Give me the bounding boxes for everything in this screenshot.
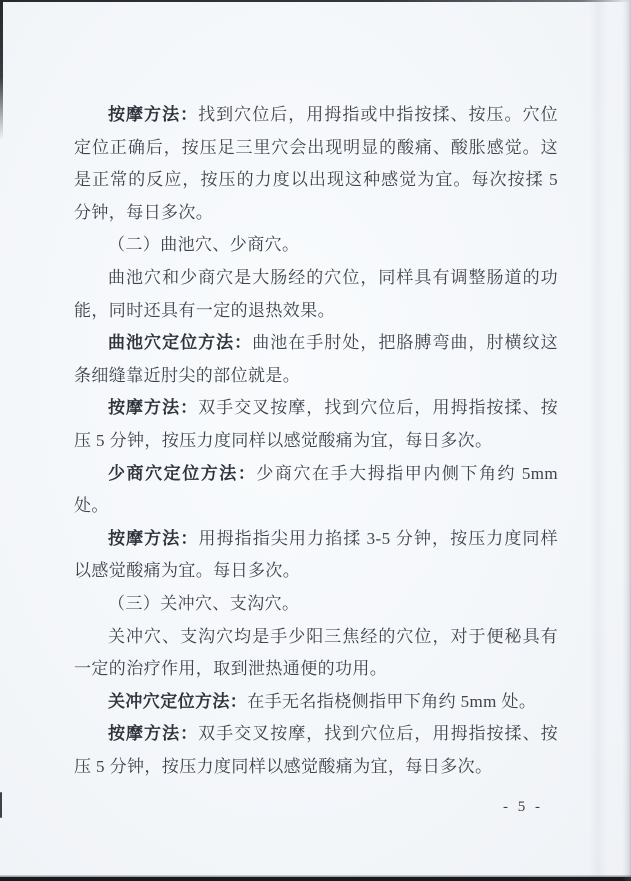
paragraph-lead: 按摩方法： <box>108 398 198 417</box>
paragraph-text: 曲池穴和少商穴是大肠经的穴位，同样具有调整肠道的功能，同时还具有一定的退热效果。 <box>74 268 558 320</box>
paragraph: （二）曲池穴、少商穴。 <box>74 229 558 262</box>
document-body: 按摩方法：找到穴位后，用拇指或中指按揉、按压。穴位定位正确后，按压足三里穴会出现… <box>74 99 558 783</box>
scanned-document-page: 按摩方法：找到穴位后，用拇指或中指按揉、按压。穴位定位正确后，按压足三里穴会出现… <box>0 0 631 881</box>
paragraph: 按摩方法：找到穴位后，用拇指或中指按揉、按压。穴位定位正确后，按压足三里穴会出现… <box>74 99 558 229</box>
page-footer: - 5 - <box>503 799 543 816</box>
paragraph-lead: 按摩方法： <box>108 529 198 548</box>
paragraph: 少商穴定位方法：少商穴在手大拇指甲内侧下角约 5mm 处。 <box>74 458 558 523</box>
paragraph-text: （二）曲池穴、少商穴。 <box>108 235 299 254</box>
paragraph: 按摩方法：双手交叉按摩，找到穴位后，用拇指按揉、按压 5 分钟，按压力度同样以感… <box>74 718 558 783</box>
paragraph: 关冲穴定位方法：在手无名指桡侧指甲下角约 5mm 处。 <box>74 686 558 719</box>
paragraph: 关冲穴、支沟穴均是手少阳三焦经的穴位，对于便秘具有一定的治疗作用，取到泄热通便的… <box>74 621 558 686</box>
paragraph-lead: 少商穴定位方法： <box>108 464 256 483</box>
paragraph-lead: 按摩方法： <box>108 724 198 743</box>
paragraph-lead: 曲池穴定位方法： <box>108 333 252 352</box>
paragraph: 按摩方法：用拇指指尖用力掐揉 3-5 分钟，按压力度同样以感觉酸痛为宜。每日多次… <box>74 523 558 588</box>
scan-edge-right <box>622 0 631 881</box>
paragraph: （三）关冲穴、支沟穴。 <box>74 588 558 621</box>
scan-edge-left <box>0 0 3 140</box>
scan-edge-bottom <box>0 875 631 881</box>
page-fold-shading <box>589 0 607 881</box>
paragraph-lead: 关冲穴定位方法： <box>108 692 247 711</box>
scan-edge-top <box>0 0 631 2</box>
paragraph-lead: 按摩方法： <box>108 105 198 124</box>
paragraph: 按摩方法：双手交叉按摩，找到穴位后，用拇指按揉、按压 5 分钟，按压力度同样以感… <box>74 392 558 457</box>
paragraph-text: 关冲穴、支沟穴均是手少阳三焦经的穴位，对于便秘具有一定的治疗作用，取到泄热通便的… <box>74 627 558 679</box>
paragraph: 曲池穴定位方法：曲池在手肘处，把胳膊弯曲，肘横纹这条细缝靠近肘尖的部位就是。 <box>74 327 558 392</box>
paragraph: 曲池穴和少商穴是大肠经的穴位，同样具有调整肠道的功能，同时还具有一定的退热效果。 <box>74 262 558 327</box>
page-number: - 5 - <box>503 799 543 815</box>
scan-edge-left-mark <box>0 792 2 818</box>
paragraph-text: （三）关冲穴、支沟穴。 <box>108 594 299 613</box>
paragraph-text: 在手无名指桡侧指甲下角约 5mm 处。 <box>247 692 536 711</box>
